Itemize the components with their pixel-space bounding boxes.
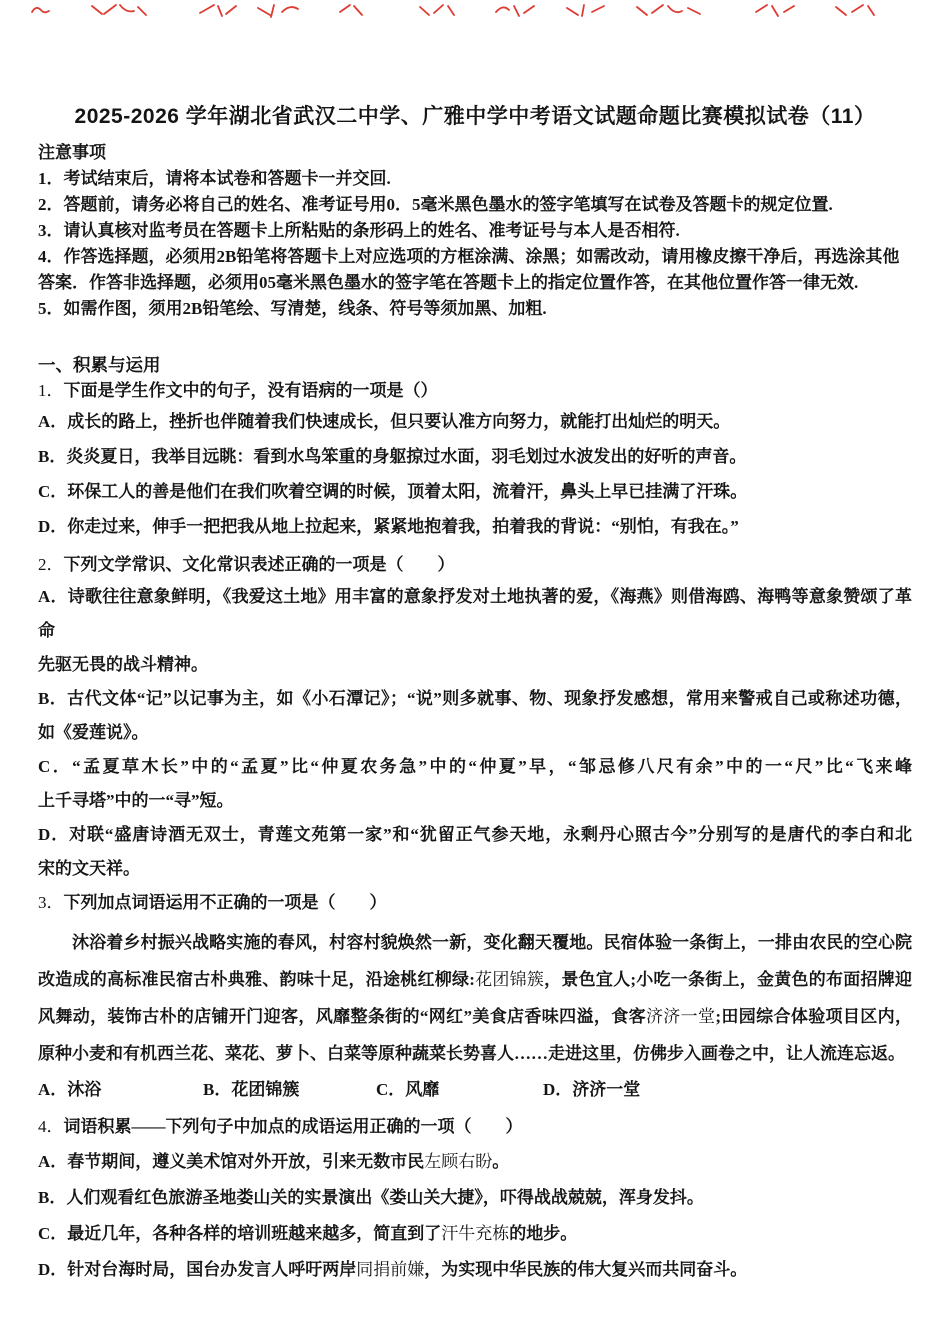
question-2-option-b-line-1: B．古代文体“记”以记事为主，如《小石潭记》；“说”则多就事、物、现象抒发感想，… (38, 682, 912, 716)
question-4-option-a: A．春节期间，遵义美术馆对外开放，引来无数市民左顾右盼。 (38, 1144, 912, 1180)
question-3-passage-line-4: 原种小麦和有机西兰花、菜花、萝卜、白菜等原种蔬菜长势喜人……走进这里，仿佛步入画… (38, 1035, 912, 1072)
notice-item-2: 2．答题前，请务必将自己的姓名、准考证号用0．5毫米黑色墨水的签字笔填写在试卷及… (38, 192, 912, 218)
option-text: C．最近几年，各种各样的培训班越来越多，简直到了 (38, 1224, 441, 1243)
question-2-option-d-line-2: 宋的文天祥。 (38, 852, 912, 886)
question-4-stem-text: 词语积累——下列句子中加点的成语运用正确的一项（ ） (64, 1117, 523, 1136)
question-4-option-c: C．最近几年，各种各样的培训班越来越多，简直到了汗牛充栋的地步。 (38, 1216, 912, 1252)
question-4-stem: 4．词语积累——下列句子中加点的成语运用正确的一项（ ） (38, 1110, 912, 1144)
question-1-option-d: D．你走过来，伸手一把把我从地上拉起来，紧紧地抱着我，拍着我的背说：“别怕，有我… (38, 509, 912, 544)
question-3-stem-text: 下列加点词语运用不正确的一项是（ ） (64, 893, 387, 912)
notice-item-5: 5．如需作图，须用2B铅笔绘、写清楚，线条、符号等须加黑、加粗. (38, 296, 912, 322)
red-ink-marks (0, 0, 950, 20)
passage-text: 风舞动，装饰古朴的店铺开门迎客，风靡整条街的“网红”美食店香味四溢，食客 (38, 1007, 646, 1026)
option-text: 的地步。 (509, 1224, 577, 1243)
section-heading: 一、积累与运用 (38, 352, 912, 378)
question-4-option-d: D．针对台海时局，国台办发言人呼吁两岸同捐前嫌，为实现中华民族的伟大复兴而共同奋… (38, 1252, 912, 1288)
question-1-stem: 1．下面是学生作文中的句子，没有语病的一项是（） (38, 378, 912, 404)
question-1-option-c: C．环保工人的善是他们在我们吹着空调的时候，顶着太阳，流着汗，鼻头上早已挂满了汗… (38, 474, 912, 509)
question-2-option-d-line-1: D．对联“盛唐诗酒无双士，青莲文苑第一家”和“犹留正气参天地，永剩丹心照古今”分… (38, 818, 912, 852)
question-4-number: 4． (38, 1117, 64, 1136)
question-3-passage-line-1: 沐浴着乡村振兴战略实施的春风，村容村貌焕然一新，变化翻天覆地。民宿体验一条街上，… (38, 924, 912, 961)
question-4-option-b: B．人们观看红色旅游圣地娄山关的实景演出《娄山关大捷》，吓得战战兢兢，浑身发抖。 (38, 1180, 912, 1216)
emphasized-word: 济济一堂 (646, 1007, 715, 1026)
question-1-number: 1． (38, 381, 64, 400)
question-2-option-c-line-1: C．“孟夏草木长”中的“孟夏”比“仲夏农务急”中的“仲夏”早，“邹忌修八尺有余”… (38, 750, 912, 784)
option-text: B．人们观看红色旅游圣地娄山关的实景演出《娄山关大捷》，吓得战战兢兢，浑身发抖。 (38, 1188, 704, 1207)
option-text: ，为实现中华民族的伟大复兴而共同奋斗。 (424, 1260, 747, 1279)
question-2-stem: 2．下列文学常识、文化常识表述正确的一项是（ ） (38, 550, 912, 580)
question-2: 2．下列文学常识、文化常识表述正确的一项是（ ） A．诗歌往往意象鲜明，《我爱这… (38, 550, 912, 886)
emphasized-idiom: 左顾右盼 (424, 1152, 492, 1171)
question-1: 1．下面是学生作文中的句子，没有语病的一项是（） A．成长的路上，挫折也伴随着我… (38, 378, 912, 544)
question-2-stem-text: 下列文学常识、文化常识表述正确的一项是（ ） (64, 555, 455, 574)
question-3-option-d: D．济济一堂 (543, 1080, 640, 1099)
notice-section: 注意事项 1．考试结束后，请将本试卷和答题卡一并交回. 2．答题前，请务必将自己… (38, 140, 912, 322)
notice-heading: 注意事项 (38, 140, 912, 166)
option-text: 。 (492, 1152, 509, 1171)
emphasized-idiom: 汗牛充栋 (441, 1224, 509, 1243)
notice-item-4-line-1: 4．作答选择题，必须用2B铅笔将答题卡上对应选项的方框涂满、涂黑；如需改动，请用… (38, 244, 912, 270)
passage-text: ，景色宜人;小吃一条街上，金黄色的布面招牌迎 (544, 970, 912, 989)
question-1-option-b: B．炎炎夏日，我举目远眺：看到水鸟笨重的身躯掠过水面，羽毛划过水波发出的好听的声… (38, 439, 912, 474)
notice-item-4-line-2: 答案．作答非选择题，必须用05毫米黑色墨水的签字笔在答题卡上的指定位置作答，在其… (38, 270, 912, 296)
question-2-number: 2． (38, 555, 64, 574)
notice-item-1: 1．考试结束后，请将本试卷和答题卡一并交回. (38, 166, 912, 192)
emphasized-idiom: 同捐前嫌 (356, 1260, 424, 1279)
question-3: 3．下列加点词语运用不正确的一项是（ ） 沐浴着乡村振兴战略实施的春风，村容村貌… (38, 886, 912, 1108)
question-3-number: 3． (38, 893, 64, 912)
option-text: A．春节期间，遵义美术馆对外开放，引来无数市民 (38, 1152, 424, 1171)
emphasized-word: 花团锦簇 (475, 970, 544, 989)
question-3-option-a: A．沐浴 (38, 1072, 203, 1108)
question-2-option-b-line-2: 如《爱莲说》。 (38, 716, 912, 750)
passage-text: 改造成的高标准民宿古朴典雅、韵味十足，沿途桃红柳绿: (38, 970, 475, 989)
question-3-option-c: C．风靡 (376, 1072, 543, 1108)
question-3-option-b: B．花团锦簇 (203, 1072, 376, 1108)
question-3-passage-line-3: 风舞动，装饰古朴的店铺开门迎客，风靡整条街的“网红”美食店香味四溢，食客济济一堂… (38, 998, 912, 1035)
question-3-stem: 3．下列加点词语运用不正确的一项是（ ） (38, 886, 912, 920)
notice-item-3: 3．请认真核对监考员在答题卡上所粘贴的条形码上的姓名、准考证号与本人是否相符. (38, 218, 912, 244)
question-3-options-row: A．沐浴B．花团锦簇C．风靡D．济济一堂 (38, 1072, 912, 1108)
question-2-option-a-line-1: A．诗歌往往意象鲜明，《我爱这土地》用丰富的意象抒发对土地执著的爱，《海燕》则借… (38, 580, 912, 648)
passage-text: ;田园综合体验项目区内， (715, 1007, 912, 1026)
question-2-option-a-line-2: 先驱无畏的战斗精神。 (38, 648, 912, 682)
question-3-passage-line-2: 改造成的高标准民宿古朴典雅、韵味十足，沿途桃红柳绿:花团锦簇，景色宜人;小吃一条… (38, 961, 912, 998)
option-text: D．针对台海时局，国台办发言人呼吁两岸 (38, 1260, 356, 1279)
question-1-option-a: A．成长的路上，挫折也伴随着我们快速成长，但只要认准方向努力，就能打出灿烂的明天… (38, 404, 912, 439)
exam-paper-page: 2025-2026 学年湖北省武汉二中学、广雅中学中考语文试题命题比赛模拟试卷（… (0, 0, 950, 1344)
question-2-option-c-line-2: 上千寻塔”中的一“寻”短。 (38, 784, 912, 818)
question-1-stem-text: 下面是学生作文中的句子，没有语病的一项是（） (64, 381, 438, 400)
question-4: 4．词语积累——下列句子中加点的成语运用正确的一项（ ） A．春节期间，遵义美术… (38, 1110, 912, 1288)
